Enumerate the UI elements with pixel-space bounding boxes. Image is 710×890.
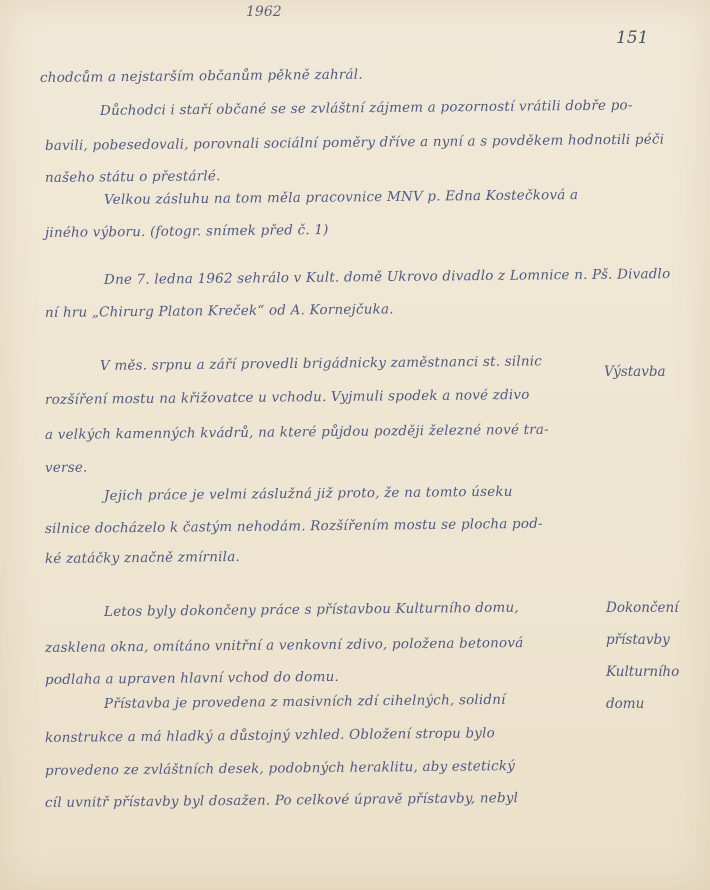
text-line: cíl uvnitř přístavby byl dosažen. Po cel… bbox=[45, 790, 518, 811]
text-line: chodcům a nejstarším občanům pěkně zahrá… bbox=[40, 67, 363, 86]
text-line: Jejich práce je velmi záslužná již proto… bbox=[104, 484, 513, 504]
text-line: Přístavba je provedena z masivních zdí c… bbox=[104, 692, 506, 712]
text-line: bavili, pobesedovali, porovnali sociální… bbox=[45, 132, 664, 154]
text-line: ké zatáčky značně zmírnila. bbox=[45, 549, 240, 567]
header-year: 1962 bbox=[246, 4, 282, 20]
text-line: Letos byly dokončeny práce s přístavbou … bbox=[104, 600, 519, 620]
margin-note-line: Výstavba bbox=[604, 364, 666, 380]
text-line: rozšíření mostu na křižovatce u vchodu. … bbox=[45, 387, 530, 408]
margin-note-line: Kulturního bbox=[606, 664, 679, 680]
page-number: 151 bbox=[616, 28, 648, 48]
text-line: zasklena okna, omítáno vnitřní a venkovn… bbox=[45, 635, 524, 656]
text-line: Velkou zásluhu na tom měla pracovnice MN… bbox=[104, 187, 578, 208]
text-line: Důchodci i staří občané se se zvláštní z… bbox=[100, 97, 633, 119]
text-line: Dne 7. ledna 1962 sehrálo v Kult. domě U… bbox=[104, 266, 671, 288]
margin-note-line: domu bbox=[606, 696, 644, 712]
margin-note-line: Dokončení bbox=[606, 600, 679, 616]
margin-note-line: přístavby bbox=[606, 632, 670, 648]
text-line: ní hru „Chirurg Platon Kreček“ od A. Kor… bbox=[45, 301, 394, 321]
chronicle-page: 1962 151 chodcům a nejstarším občanům pě… bbox=[0, 0, 710, 890]
text-line: našeho státu o přestárlé. bbox=[45, 168, 221, 186]
text-line: a velkých kamenných kvádrů, na které půj… bbox=[45, 422, 549, 443]
text-line: verse. bbox=[45, 460, 88, 476]
text-line: jiného výboru. (fotogr. snímek před č. 1… bbox=[45, 222, 329, 241]
text-line: konstrukce a má hladký a důstojný vzhled… bbox=[45, 725, 495, 746]
text-line: V měs. srpnu a září provedli brigádnicky… bbox=[100, 353, 542, 374]
text-line: silnice docházelo k častým nehodám. Rozš… bbox=[45, 516, 543, 537]
text-line: podlaha a upraven hlavní vchod do domu. bbox=[45, 669, 339, 688]
text-line: provedeno ze zvláštních desek, podobných… bbox=[45, 758, 515, 779]
